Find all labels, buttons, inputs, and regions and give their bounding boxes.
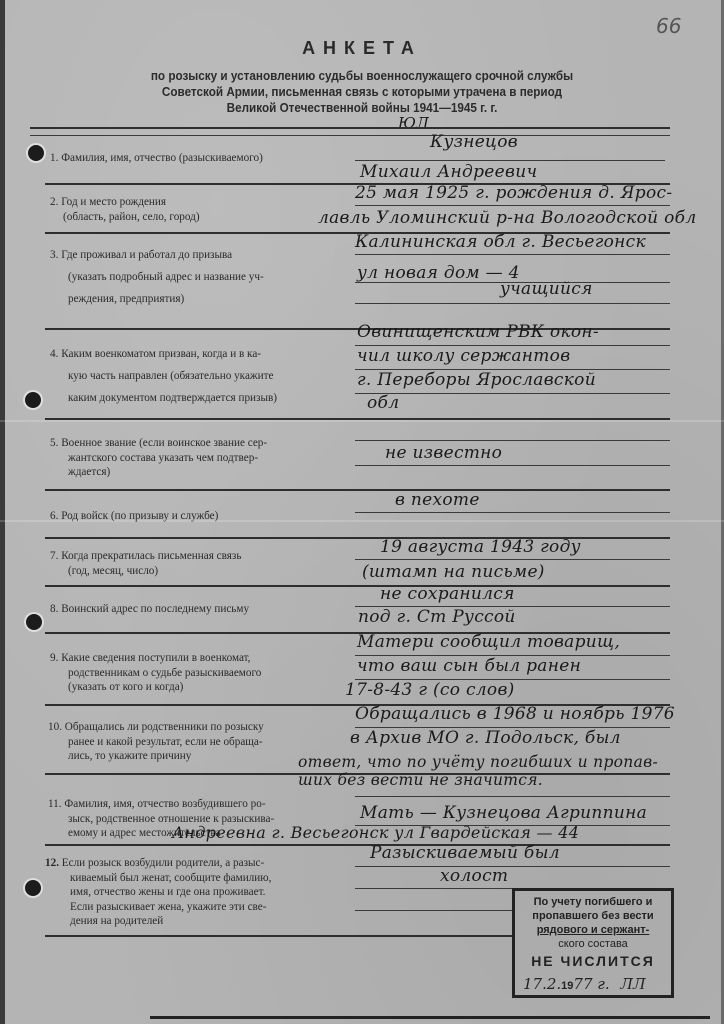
answer-7-line-2: (штамп на письме): [362, 562, 545, 582]
question-9: 9. Какие сведения поступили в военкомат,…: [50, 651, 261, 695]
question-6: 6. Род войск (по призыву и службе): [50, 509, 218, 524]
answer-4-line-1: Овинищенским РВК окон-: [357, 322, 599, 342]
divider: [45, 844, 670, 846]
answer-line: [355, 393, 670, 394]
answer-line: [355, 440, 670, 441]
subtitle-line: Великой Отечественной войны 1941—1945 г.…: [25, 100, 698, 116]
subtitle-line: Советской Армии, письменная связь с кото…: [25, 84, 698, 100]
archive-stamp: По учету погибшего и пропавшего без вест…: [512, 888, 674, 998]
answer-line: [355, 888, 515, 889]
answer-line: [355, 866, 670, 867]
answer-10-line-4: ших без вести не значится.: [298, 771, 543, 789]
answer-1-line-2: Михаил Андреевич: [360, 162, 537, 182]
scanned-page: 66 АНКЕТА по розыску и установлению судь…: [0, 0, 724, 1024]
answer-3-line-2: ул новая дом — 4: [357, 263, 520, 283]
punch-hole: [25, 880, 41, 896]
question-10: 10. Обращались ли родственники по розыск…: [48, 720, 264, 764]
answer-line: [355, 559, 670, 560]
archive-page-number: 66: [656, 14, 681, 38]
divider: [45, 935, 515, 937]
answer-line: [355, 910, 515, 911]
page-bottom-edge: [150, 1016, 710, 1019]
punch-hole: [25, 392, 41, 408]
answer-5: не известно: [385, 443, 502, 463]
question-12: 12. Если розыск возбудили родители, а ра…: [45, 856, 271, 929]
punch-hole: [28, 145, 44, 161]
answer-7-line-1: 19 августа 1943 году: [380, 537, 581, 557]
question-1: 1. Фамилия, имя, отчество (разыскиваемог…: [50, 151, 263, 166]
answer-10-line-1: Обращались в 1968 и ноябрь 1976: [355, 704, 675, 724]
answer-line: [355, 303, 670, 304]
answer-9-line-3: 17-8-43 г (со слов): [345, 680, 515, 700]
answer-4-line-4: обл: [367, 393, 399, 413]
answer-line: [355, 512, 670, 513]
answer-line: [355, 465, 670, 466]
answer-line: [355, 160, 665, 161]
answer-6: в пехоте: [395, 490, 480, 510]
answer-2-line-2: лавль Уломинский р-на Вологодской обл: [318, 208, 696, 228]
answer-8-line-1: не сохранился: [380, 584, 515, 604]
answer-3-line-3: учащийся: [500, 279, 593, 299]
question-4: 4. Каким военкоматом призван, когда и в …: [50, 343, 277, 409]
document-title: АНКЕТА: [0, 38, 724, 59]
divider: [45, 418, 670, 420]
stamp-signature: ЛЛ: [620, 975, 645, 993]
divider: [30, 127, 670, 129]
punch-hole: [26, 614, 42, 630]
document-subtitle: по розыску и установлению судьбы военнос…: [25, 68, 698, 116]
stamp-status: НЕ ЧИСЛИТСЯ: [515, 953, 671, 969]
answer-3-line-1: Калининская обл г. Весьегонск: [355, 232, 646, 252]
paper-fold: [0, 420, 724, 422]
answer-4-line-3: г. Переборы Ярославской: [357, 370, 596, 390]
answer-12-line-2: холост: [440, 866, 508, 886]
answer-10-line-2: в Архив МО г. Подольск, был: [350, 728, 621, 748]
answer-11-line-2: Андреевна г. Весьегонск ул Гвардейская —…: [172, 823, 579, 842]
answer-8-line-2: под г. Ст Руссой: [358, 607, 516, 627]
answer-line: [355, 254, 670, 255]
answer-line: [355, 796, 670, 797]
divider: [45, 585, 670, 587]
answer-line: [355, 205, 670, 206]
margin-note: ЮЛ: [398, 114, 429, 132]
question-3: 3. Где проживал и работал до призыва (ук…: [50, 244, 264, 310]
question-7: 7. Когда прекратилась письменная связь (…: [50, 549, 241, 578]
question-5: 5. Военное звание (если воинское звание …: [50, 436, 267, 480]
subtitle-line: по розыску и установлению судьбы военнос…: [25, 68, 698, 84]
divider: [45, 489, 670, 491]
answer-9-line-1: Матери сообщил товарищ,: [357, 632, 620, 652]
scan-edge-left: [0, 0, 5, 1024]
answer-2-line-1: 25 мая 1925 г. рождения д. Ярос-: [355, 183, 672, 203]
answer-4-line-2: чил школу сержантов: [357, 346, 570, 366]
answer-1-line-1: Кузнецов: [430, 132, 518, 152]
answer-11-line-1: Мать — Кузнецова Агриппина: [360, 803, 647, 823]
question-8: 8. Воинский адрес по последнему письму: [50, 602, 249, 617]
answer-9-line-2: что ваш сын был ранен: [357, 656, 581, 676]
answer-10-line-3: ответ, что по учёту погибших и пропав-: [298, 753, 658, 771]
divider: [30, 135, 670, 136]
stamp-date: 17.2.1977 г. ЛЛ: [523, 975, 645, 993]
question-2: 2. Год и место рождения (область, район,…: [50, 195, 200, 224]
answer-12-line-1: Разыскиваемый был: [370, 843, 560, 863]
